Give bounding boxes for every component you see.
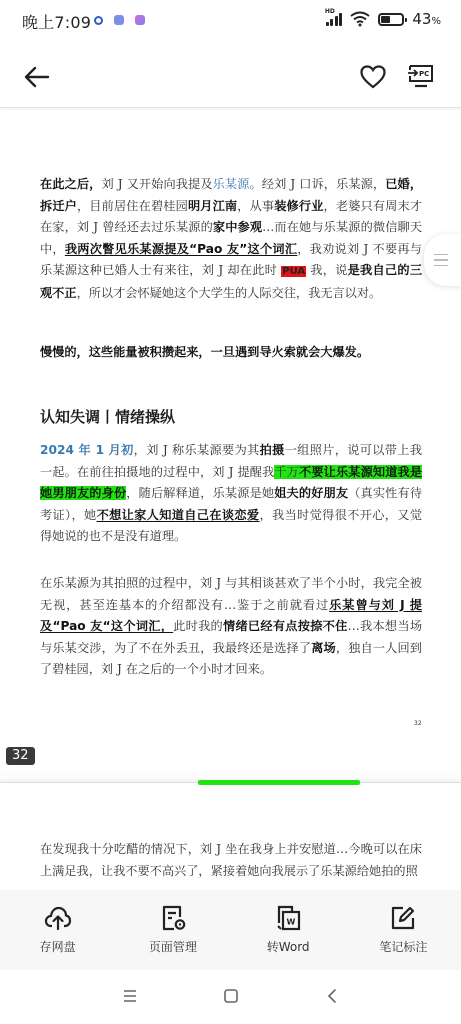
favorite-button[interactable] [358,62,388,92]
text-run: 情绪已经有点按捺不住 [223,619,348,633]
bottom-toolbar: 存网盘 页面管理 W 转Word 笔记标注 [0,890,461,970]
text-run: PUA [281,266,306,277]
send-to-pc-icon: PC [407,62,435,90]
recent-apps-icon [122,989,138,1003]
notification-app-icon [114,15,124,25]
document-page-33: 在发现我十分吃醋的情况下，刘 J 坐在我身上并安慰道…今晚可以在床上满足我，让我… [0,782,461,890]
text-run: 不想让家人知道自己在谈恋爱 [97,508,260,522]
paragraph-1: 在此之后，刘 J 又开始向我提及乐某源。经刘 J 口诉，乐某源，已婚，拆迁户，目… [40,174,422,304]
text-run: 在发现我十分吃醋的情况下，刘 J 坐在我身上并安慰道…今晚可以在床上满足我，让我… [40,842,422,878]
handle-line-icon [434,254,448,256]
home-icon [223,988,239,1004]
text-run: ，从事 [237,199,274,213]
note-annotation-button[interactable]: 笔记标注 [346,890,461,970]
text-run: 。经刘 J 口诉，乐某源， [250,177,386,191]
text-run: 慢慢的，这些能量被积攒起来，一旦遇到导火索就会大爆发。 [40,345,369,359]
battery-percent: 43% [412,10,441,28]
tool-label: 转Word [267,938,310,955]
page-footer-number: 32 [414,720,422,727]
home-button[interactable] [219,984,243,1008]
hd-label: HD [325,8,335,15]
page-indicator-badge: 32 [6,747,35,765]
battery-icon [378,13,404,26]
status-bar: 晚上7:09 HD 43% [0,0,461,44]
text-run: 明月江南 [188,199,237,213]
text-run: ，所以才会怀疑她这个大学生的人际交往，我无言以对。 [77,286,382,300]
text-run: 装修行业 [274,199,323,213]
text-run: 我，说 [306,263,347,277]
side-menu-handle[interactable] [424,234,461,286]
save-to-cloud-button[interactable]: 存网盘 [0,890,115,970]
system-back-button[interactable] [320,984,344,1008]
recent-apps-button[interactable] [118,984,142,1008]
paragraph-4: 在乐某源为其拍照的过程中，刘 J 与其相谈甚欢了半个小时，我完全被无视，甚至连基… [40,573,422,681]
text-run: ，目前居住在碧桂园 [77,199,188,213]
heart-icon [360,65,386,89]
paragraph-5: 在发现我十分吃醋的情况下，刘 J 坐在我身上并安慰道…今晚可以在床上满足我，让我… [40,839,422,882]
text-run: 家中参观 [213,220,262,234]
page-settings-icon [159,904,187,932]
edit-note-icon [389,904,417,932]
paragraph-3: 2024 年 1 月初，刘 J 称乐某源要为其拍摄一组照片，说可以带上我一起。在… [40,440,422,548]
tool-label: 存网盘 [40,938,76,955]
text-run: ，随后解释道，乐某源是她 [126,486,274,500]
paragraph-2: 慢慢的，这些能量被积攒起来，一旦遇到导火索就会大爆发。 [40,342,422,364]
text-run: 千万 [274,465,299,479]
text-run: 姐夫的好朋友 [274,486,348,500]
convert-word-icon: W [274,904,302,932]
text-run: ，刘 J 称乐某源要为其 [134,443,260,457]
text-run: 拍摄 [260,443,285,457]
system-nav-bar [0,970,461,1024]
text-run: 此时我的 [173,619,223,633]
text-run: 2024 年 1 月初 [40,443,134,457]
green-highlight-mark [198,780,360,785]
section-heading: 认知失调丨情绪操纵 [40,406,175,427]
document-page-32: 在此之后，刘 J 又开始向我提及乐某源。经刘 J 口诉，乐某源，已婚，拆迁户，目… [0,110,461,770]
convert-to-word-button[interactable]: W 转Word [231,890,346,970]
text-run: 刘 J 又开始向我提及 [101,177,212,191]
text-run: 我两次瞥见乐某源提及“Pao 友”这个词汇 [65,242,297,256]
svg-text:PC: PC [419,70,429,78]
back-chevron-icon [325,988,339,1004]
tool-label: 笔记标注 [379,938,427,955]
svg-text:W: W [287,918,296,927]
wifi-icon [350,11,370,27]
page-management-button[interactable]: 页面管理 [115,890,230,970]
document-viewer[interactable]: 在此之后，刘 J 又开始向我提及乐某源。经刘 J 口诉，乐某源，已婚，拆迁户，目… [0,110,461,890]
signal-icon: HD [326,12,343,26]
notification-app-icon-2 [135,15,145,25]
send-to-pc-button[interactable]: PC [406,60,436,92]
cloud-upload-icon [44,904,72,932]
text-run: 离场 [311,641,336,655]
notification-ring-icon [94,16,103,25]
status-time: 晚上7:09 [22,10,91,33]
app-bar: PC [0,44,461,108]
text-run: 在此之后， [40,177,101,191]
text-run: 乐某源 [213,177,250,191]
back-button[interactable] [22,62,52,92]
status-indicators: HD 43% [326,10,441,28]
tool-label: 页面管理 [149,938,197,955]
arrow-left-icon [24,66,50,88]
